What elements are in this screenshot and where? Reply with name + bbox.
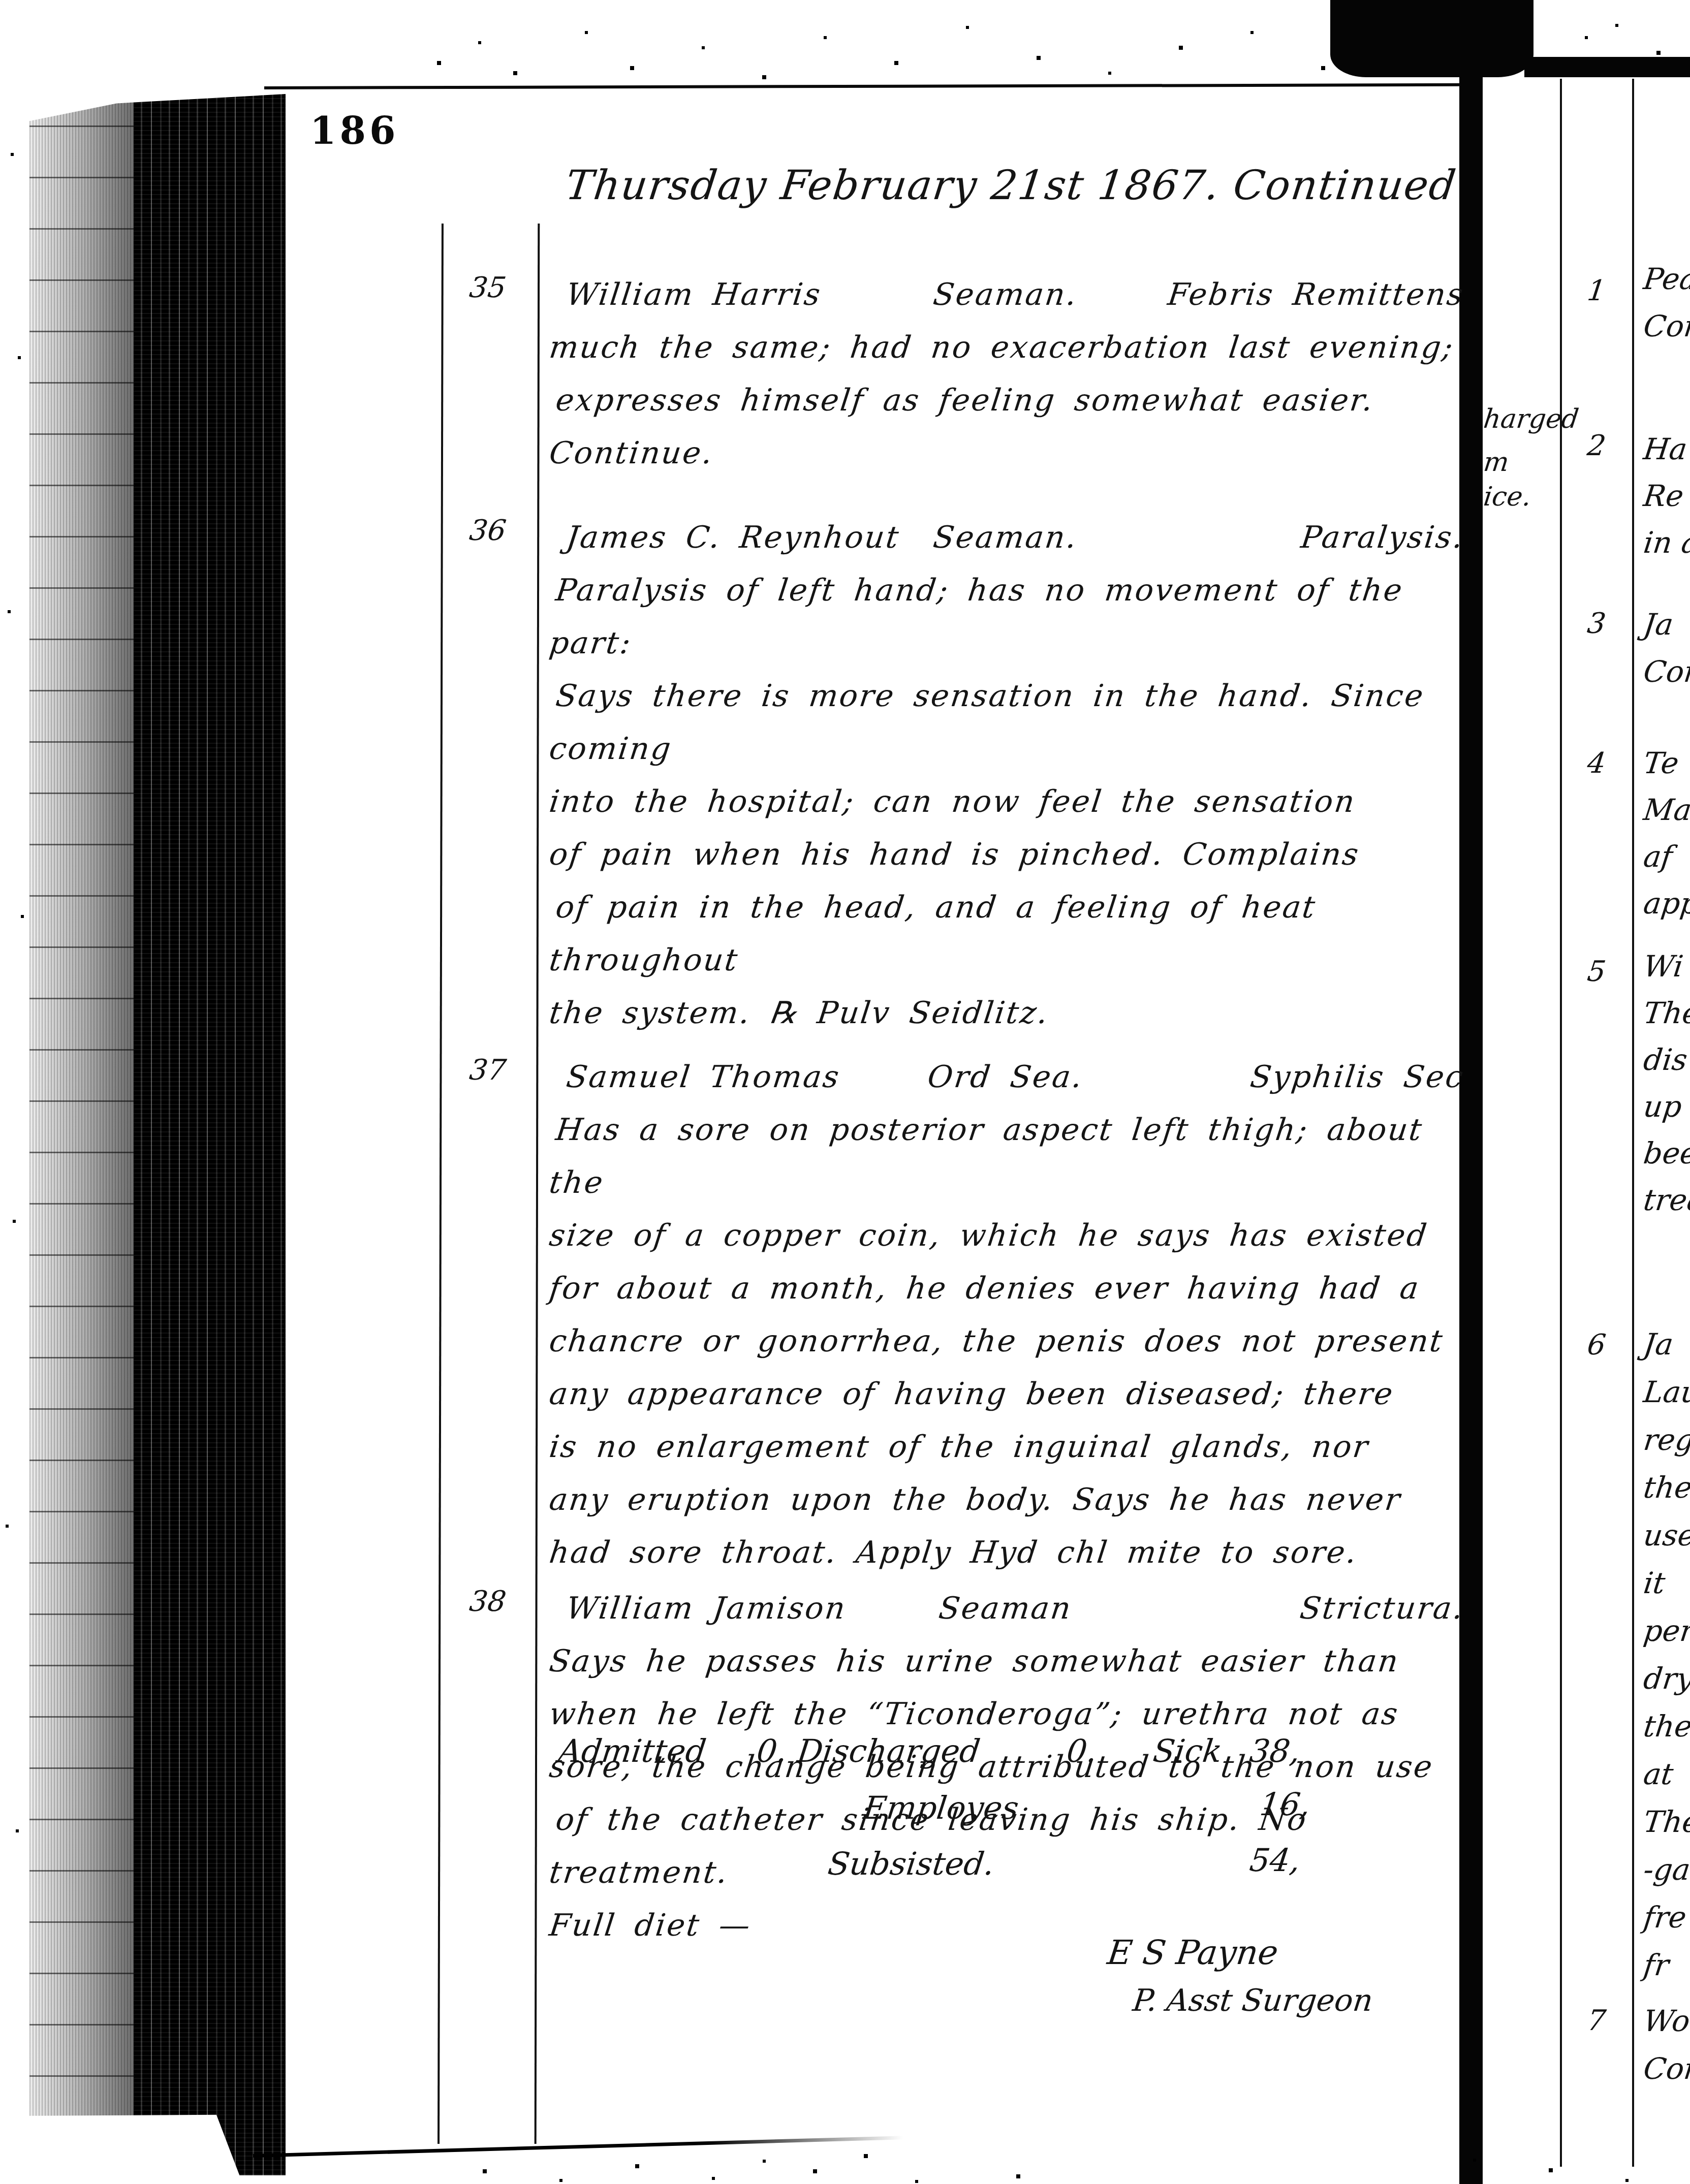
right-page-entry-number: 2 bbox=[1559, 429, 1634, 462]
right-page-text-fragment: reg bbox=[1642, 1422, 1690, 1457]
employes-label: Employes bbox=[862, 1789, 1021, 1826]
entry-text-line: chancre or gonorrhea, the penis does not… bbox=[546, 1315, 1471, 1368]
entry-number: 38 bbox=[440, 1585, 536, 1618]
entry-number: 36 bbox=[440, 514, 536, 547]
right-page-text-fragment: the bbox=[1642, 1709, 1690, 1744]
right-page-entry-number: 1 bbox=[1559, 274, 1634, 307]
right-page-text-fragment: use bbox=[1642, 1518, 1690, 1553]
right-page-margin-note: m bbox=[1482, 447, 1511, 478]
diagnosis: Syphilis Sec bbox=[1100, 1051, 1467, 1103]
diagnosis: Febris Remittens bbox=[1094, 268, 1467, 321]
date-heading: Thursday February 21st 1867. Continued bbox=[556, 162, 1466, 209]
right-page-text-fragment: Con bbox=[1642, 654, 1690, 689]
entry-number: 37 bbox=[440, 1054, 536, 1087]
patient-name: Samuel Thomas bbox=[543, 1051, 911, 1103]
entry-text-line: of pain in the head, and a feeling of he… bbox=[546, 881, 1478, 987]
right-page-top-edge bbox=[1524, 57, 1690, 77]
right-page-text-fragment: Re bbox=[1642, 479, 1685, 513]
patient-name: William Harris bbox=[543, 268, 916, 321]
right-page-text-fragment: in a bbox=[1642, 525, 1690, 560]
entry-text-line: Says there is more sensation in the hand… bbox=[546, 670, 1478, 775]
case-entry-37: 37 Samuel Thomas Ord Sea. Syphilis Sec H… bbox=[442, 1051, 1464, 1579]
right-page-text-fragment: Ja bbox=[1642, 607, 1675, 642]
binding-shadow bbox=[134, 94, 286, 2179]
entry-text-line: much the same; had no exacerbation last … bbox=[546, 321, 1471, 374]
admitted-value: 0. bbox=[755, 1732, 790, 1769]
right-page-text-fragment: the bbox=[1642, 1470, 1690, 1505]
entry-text-line: into the hospital; can now feel the sens… bbox=[546, 775, 1471, 828]
page-number: 186 bbox=[310, 109, 399, 153]
gutter-shadow-top bbox=[1330, 0, 1533, 77]
patient-rating: Seaman. bbox=[910, 511, 1101, 564]
right-page-entry-number: 5 bbox=[1559, 955, 1634, 988]
diagnosis: Strictura. bbox=[1089, 1582, 1467, 1635]
right-page-text-fragment: Ha bbox=[1642, 432, 1689, 466]
entry-text-line: any appearance of having been diseased; … bbox=[546, 1368, 1471, 1420]
entry-text-line: the system. ℞ Pulv Seidlitz. bbox=[546, 987, 1471, 1039]
subsisted-label: Subsisted. bbox=[826, 1845, 997, 1882]
entry-text-line: is no enlargement of the inguinal glands… bbox=[546, 1420, 1471, 1473]
right-page-text-fragment: up bbox=[1642, 1089, 1684, 1124]
entry-text-line: Has a sore on posterior aspect left thig… bbox=[546, 1103, 1478, 1209]
right-page-text-fragment: -ga bbox=[1642, 1852, 1690, 1887]
discharged-label: Discharged bbox=[796, 1732, 983, 1769]
right-page-text-fragment: Con bbox=[1642, 2051, 1690, 2086]
right-page-text-fragment: per bbox=[1642, 1613, 1690, 1648]
right-page-text-fragment: Pea bbox=[1642, 262, 1690, 296]
right-page-margin-note: ice. bbox=[1482, 482, 1532, 512]
entry-text-line: Says he passes his urine somewhat easier… bbox=[546, 1635, 1471, 1688]
right-page-text-fragment: The bbox=[1642, 1805, 1690, 1839]
entry-number: 35 bbox=[440, 271, 536, 304]
patient-name: William Jamison bbox=[543, 1582, 922, 1635]
page-stack-fore-edge bbox=[29, 94, 134, 2179]
right-page-text-fragment: Lau bbox=[1642, 1375, 1690, 1409]
entry-text-line: size of a copper coin, which he says has… bbox=[546, 1209, 1471, 1262]
entry-text-line: expresses himself as feeling somewhat ea… bbox=[546, 374, 1478, 480]
daily-summary: Admitted 0. Discharged 0. Sick 38, Emplo… bbox=[442, 1732, 1464, 1905]
entry-text-line: of pain when his hand is pinched. Compla… bbox=[546, 828, 1471, 881]
case-entry-35: 35 William Harris Seaman. Febris Remitte… bbox=[442, 268, 1464, 480]
right-page-text-fragment: Mai bbox=[1642, 793, 1690, 827]
sick-value: 38, bbox=[1248, 1732, 1303, 1769]
right-page-text-fragment: dis bbox=[1642, 1042, 1689, 1077]
right-page-text-fragment: bee bbox=[1642, 1136, 1690, 1170]
right-page-text-fragment: fr bbox=[1642, 1948, 1671, 1982]
right-page-margin-rule-outer bbox=[1560, 79, 1562, 2167]
right-page-text-fragment: Te bbox=[1642, 746, 1681, 780]
right-page-text-fragment: Ja bbox=[1642, 1327, 1675, 1362]
right-page-text-fragment: fre bbox=[1642, 1900, 1688, 1935]
patient-rating: Seaman. bbox=[910, 268, 1101, 321]
right-page-text-fragment: it bbox=[1642, 1566, 1667, 1600]
admitted-label: Admitted bbox=[557, 1732, 708, 1769]
book-binding-edge bbox=[29, 94, 286, 2179]
right-page-margin-rule-inner bbox=[1632, 79, 1634, 2167]
subsisted-value: 54, bbox=[1248, 1842, 1303, 1879]
entry-text-line: had sore throat. Apply Hyd chl mite to s… bbox=[546, 1526, 1471, 1579]
right-page-entry-number: 3 bbox=[1559, 607, 1634, 640]
right-page-text-fragment: The bbox=[1642, 996, 1690, 1030]
right-page-entry-number: 7 bbox=[1559, 2004, 1634, 2037]
discharged-value: 0. bbox=[1065, 1732, 1100, 1769]
patient-rating: Seaman bbox=[915, 1582, 1095, 1635]
right-page-text-fragment: at bbox=[1642, 1757, 1675, 1791]
signature-name: E S Payne bbox=[1105, 1933, 1280, 1972]
right-page-text-fragment: Cont bbox=[1642, 309, 1690, 343]
patient-rating: Ord Sea. bbox=[904, 1051, 1107, 1103]
signature-title: P. Asst Surgeon bbox=[1131, 1983, 1375, 2018]
left-page-top-edge bbox=[264, 83, 1463, 89]
right-page-text-fragment: dry bbox=[1642, 1661, 1690, 1696]
right-page-entry-number: 6 bbox=[1559, 1328, 1634, 1362]
entry-text-line: any eruption upon the body. Says he has … bbox=[546, 1473, 1471, 1526]
entry-text-line: Paralysis of left hand; has no movement … bbox=[546, 564, 1478, 670]
left-page-bottom-edge bbox=[253, 2136, 903, 2158]
right-page-entry-number: 4 bbox=[1559, 747, 1634, 780]
sick-label: Sick bbox=[1151, 1732, 1225, 1769]
scanned-journal-page: 186 Thursday February 21st 1867. Continu… bbox=[0, 0, 1690, 2184]
entry-text-line: for about a month, he denies ever having… bbox=[546, 1262, 1471, 1315]
patient-name: James C. Reynhout bbox=[543, 511, 916, 564]
right-page-text-fragment: trea bbox=[1642, 1183, 1690, 1217]
entry-text-line: Full diet — bbox=[546, 1899, 1471, 1952]
right-page-text-fragment: Wi bbox=[1642, 949, 1685, 984]
case-entry-36: 36 James C. Reynhout Seaman. Paralysis. … bbox=[442, 511, 1464, 1039]
right-page-text-fragment: Wo bbox=[1642, 2004, 1690, 2038]
case-entries: 35 William Harris Seaman. Febris Remitte… bbox=[442, 254, 1464, 1952]
right-page-text-fragment: app bbox=[1642, 886, 1690, 921]
employes-value: 16, bbox=[1258, 1786, 1313, 1823]
diagnosis: Paralysis. bbox=[1094, 511, 1467, 564]
scan-noise-speckles bbox=[0, 0, 2, 2]
right-page-text-fragment: af bbox=[1642, 839, 1674, 874]
